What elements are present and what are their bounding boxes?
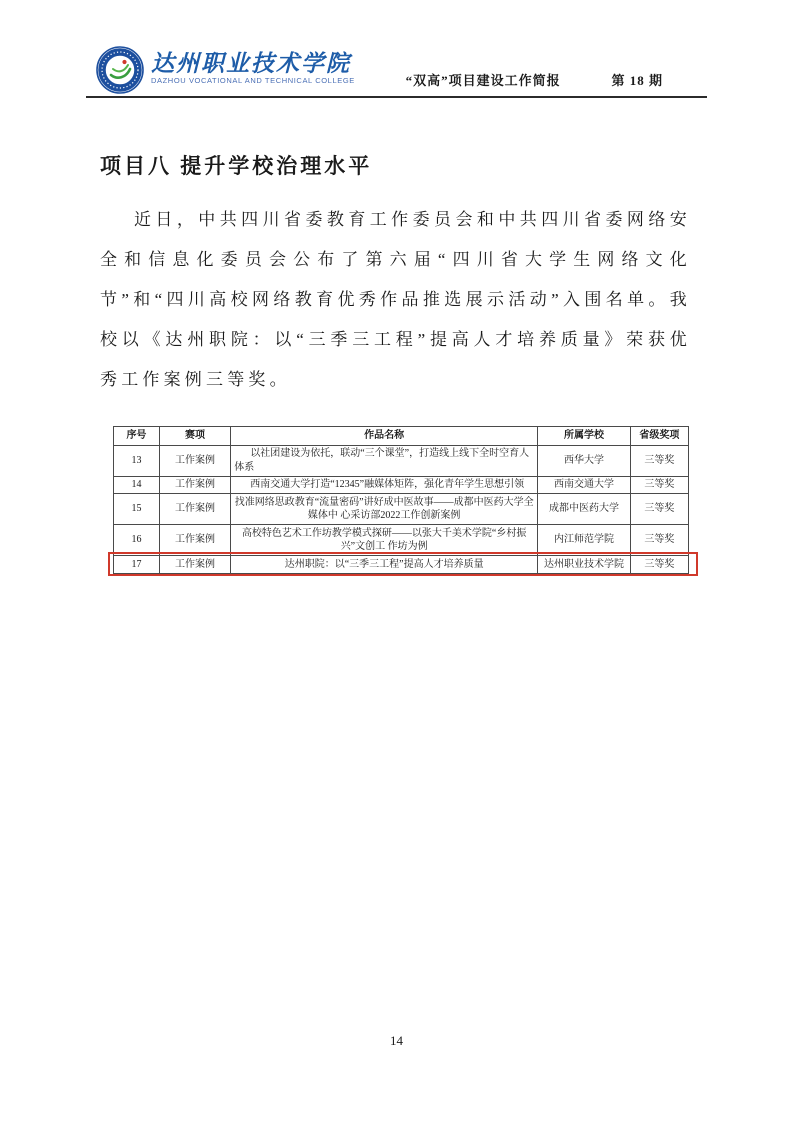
cell-school: 达州职业技术学院: [538, 556, 631, 574]
cell-event: 工作案例: [159, 494, 230, 525]
cell-work-title: 找准网络思政教育“流量密码”讲好成中医故事——成都中医药大学全媒体中 心采访部2…: [231, 494, 538, 525]
cell-serial: 14: [114, 476, 160, 494]
cell-serial: 15: [114, 494, 160, 525]
award-table-header: 序号赛项作品名称所属学校省级奖项: [114, 427, 689, 446]
cell-award: 三等奖: [630, 494, 688, 525]
cell-work-title: 以社团建设为依托，联动“三个课堂”，打造线上线下全时空育人体系: [231, 445, 538, 476]
cell-event: 工作案例: [159, 476, 230, 494]
cell-award: 三等奖: [630, 556, 688, 574]
cell-work-title: 达州职院：以“三季三工程”提高人才培养质量: [231, 556, 538, 574]
table-row: 14工作案例西南交通大学打造“12345”融媒体矩阵，强化青年学生思想引领西南交…: [114, 476, 689, 494]
table-row: 17工作案例达州职院：以“三季三工程”提高人才培养质量达州职业技术学院三等奖: [114, 556, 689, 574]
award-table-wrap: 序号赛项作品名称所属学校省级奖项 13工作案例以社团建设为依托，联动“三个课堂”…: [113, 426, 689, 574]
college-name-block: 达州职业技术学院 DAZHOU VOCATIONAL AND TECHNICAL…: [151, 52, 355, 88]
cell-event: 工作案例: [159, 525, 230, 556]
cell-school: 内江师范学院: [538, 525, 631, 556]
page-header: 达州职业技术学院 DAZHOU VOCATIONAL AND TECHNICAL…: [86, 46, 707, 94]
college-brand: 达州职业技术学院 DAZHOU VOCATIONAL AND TECHNICAL…: [96, 46, 355, 94]
cell-serial: 17: [114, 556, 160, 574]
cell-award: 三等奖: [630, 476, 688, 494]
college-name-en: DAZHOU VOCATIONAL AND TECHNICAL COLLEGE: [151, 76, 355, 86]
table-row: 13工作案例以社团建设为依托，联动“三个课堂”，打造线上线下全时空育人体系西华大…: [114, 445, 689, 476]
column-header: 作品名称: [231, 427, 538, 446]
bulletin-title: “双高”项目建设工作简报: [406, 70, 561, 94]
cell-work-title: 高校特色艺术工作坊教学模式探研——以张大千美术学院“乡村振兴”文创工 作坊为例: [231, 525, 538, 556]
issue-number: 第 18 期: [611, 70, 663, 94]
cell-school: 西南交通大学: [538, 476, 631, 494]
column-header: 序号: [114, 427, 160, 446]
table-row: 16工作案例高校特色艺术工作坊教学模式探研——以张大千美术学院“乡村振兴”文创工…: [114, 525, 689, 556]
column-header: 赛项: [159, 427, 230, 446]
college-emblem-icon: [96, 46, 144, 94]
cell-serial: 13: [114, 445, 160, 476]
header-divider: [86, 96, 707, 98]
body-paragraph: 近日，中共四川省委教育工作委员会和中共四川省委网络安全和信息化委员会公布了第六届…: [100, 200, 691, 400]
cell-award: 三等奖: [630, 525, 688, 556]
cell-event: 工作案例: [159, 445, 230, 476]
column-header: 省级奖项: [630, 427, 688, 446]
cell-school: 成都中医药大学: [538, 494, 631, 525]
award-table: 序号赛项作品名称所属学校省级奖项 13工作案例以社团建设为依托，联动“三个课堂”…: [113, 426, 689, 574]
cell-award: 三等奖: [630, 445, 688, 476]
section-title: 项目八 提升学校治理水平: [100, 150, 793, 180]
column-header: 所属学校: [538, 427, 631, 446]
college-name-cn: 达州职业技术学院: [151, 52, 355, 76]
table-header-row: 序号赛项作品名称所属学校省级奖项: [114, 427, 689, 446]
page-number: 14: [0, 1033, 793, 1049]
table-row: 15工作案例找准网络思政教育“流量密码”讲好成中医故事——成都中医药大学全媒体中…: [114, 494, 689, 525]
cell-school: 西华大学: [538, 445, 631, 476]
cell-event: 工作案例: [159, 556, 230, 574]
cell-serial: 16: [114, 525, 160, 556]
cell-work-title: 西南交通大学打造“12345”融媒体矩阵，强化青年学生思想引领: [231, 476, 538, 494]
document-page: 达州职业技术学院 DAZHOU VOCATIONAL AND TECHNICAL…: [0, 0, 793, 1122]
